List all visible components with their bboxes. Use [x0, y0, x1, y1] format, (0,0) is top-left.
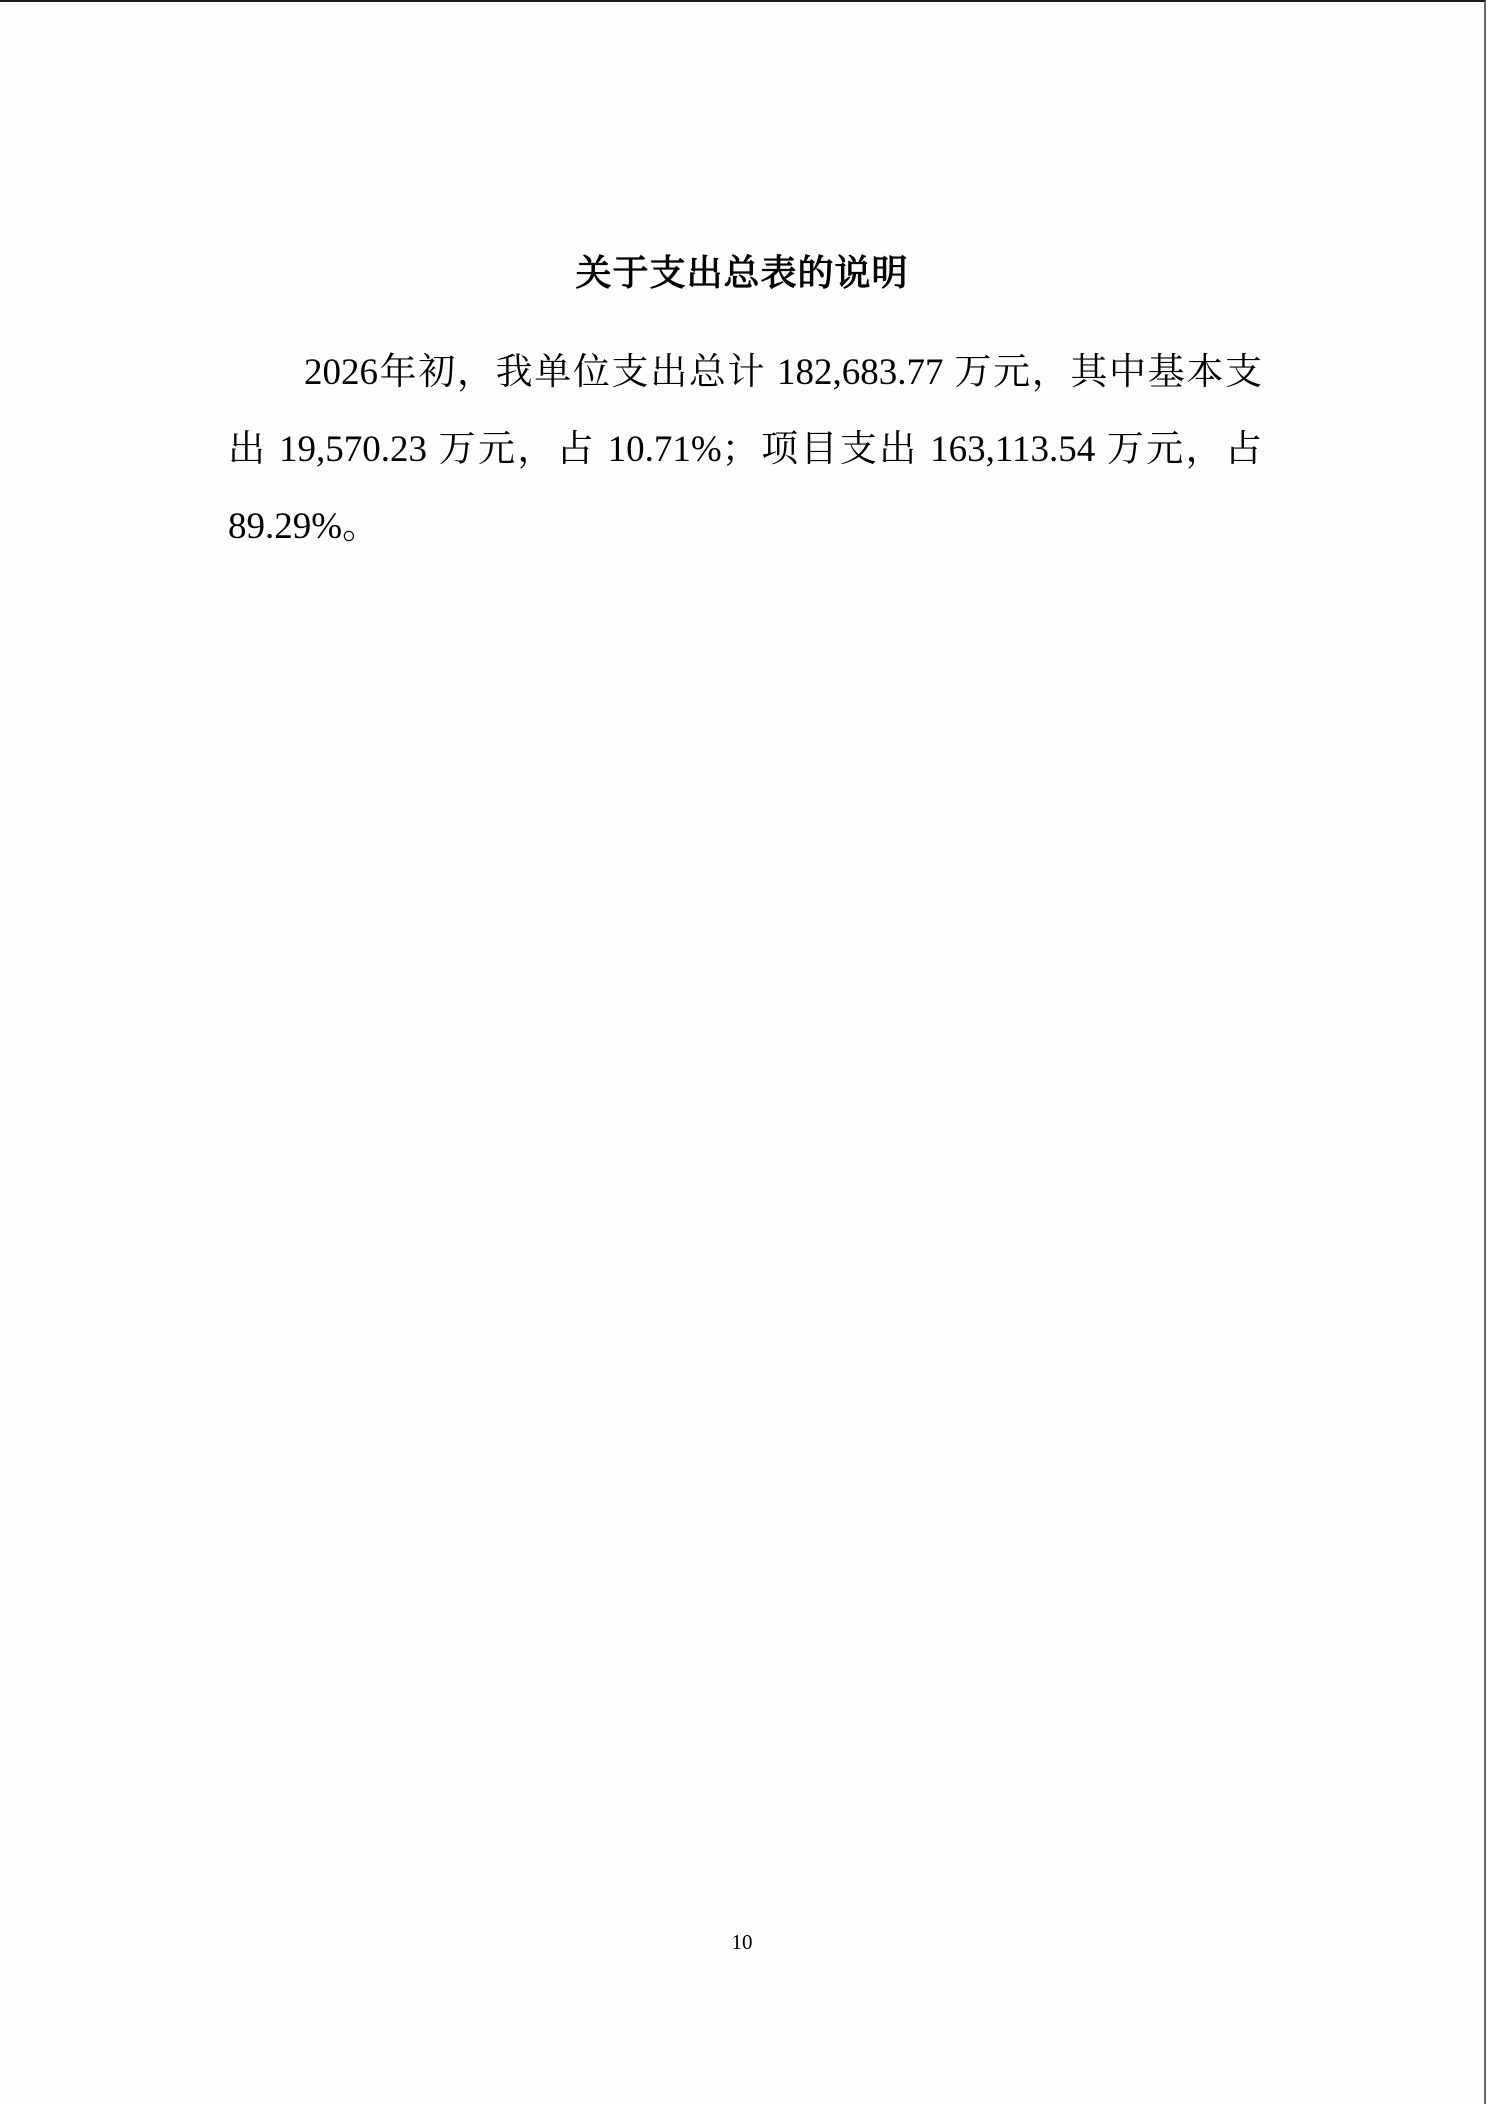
body-paragraph: 2026年初，我单位支出总计 182,683.77 万元，其中基本支出 19,5…	[228, 334, 1262, 565]
document-page: 关于支出总表的说明 2026年初，我单位支出总计 182,683.77 万元，其…	[0, 0, 1486, 2104]
page-number: 10	[0, 1930, 1484, 1954]
page-title: 关于支出总表的说明	[0, 252, 1484, 296]
